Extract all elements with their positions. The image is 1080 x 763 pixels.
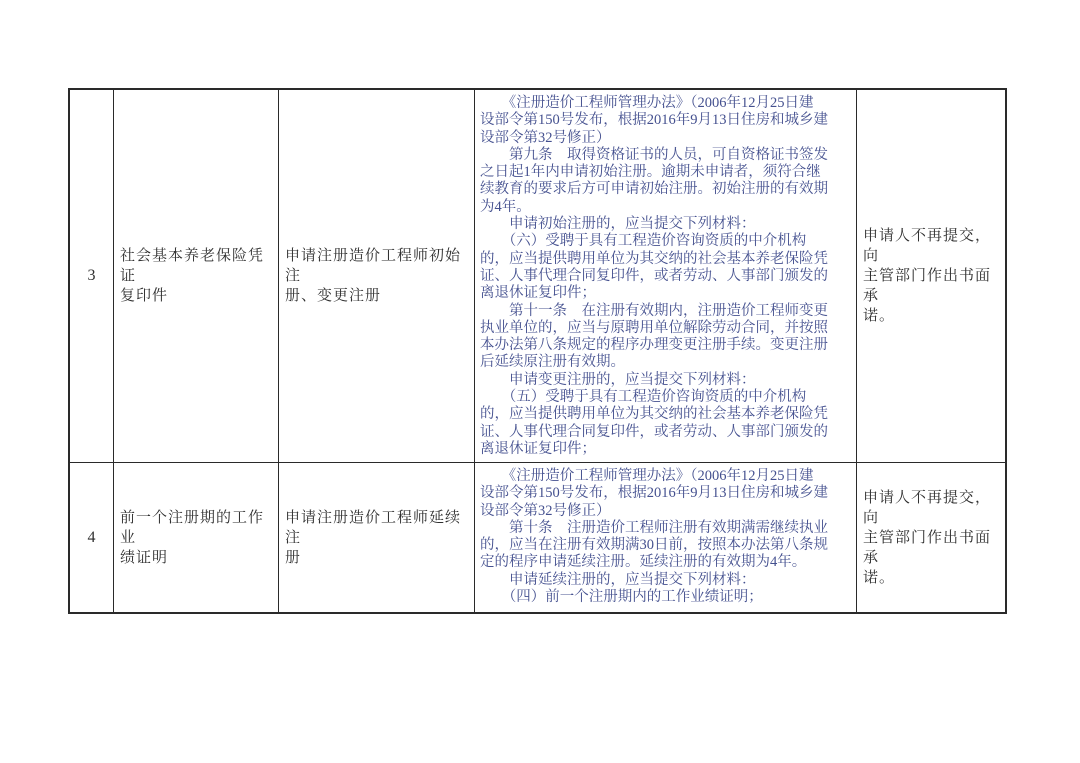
material-name: 前一个注册期的工作业 绩证明	[120, 508, 272, 568]
requirements-table: 3 社会基本养老保险凭证 复印件 申请注册造价工程师初始注 册、变更注册 《注册…	[68, 88, 1007, 614]
application-item: 申请注册造价工程师初始注 册、变更注册	[285, 246, 468, 306]
row-number: 3	[88, 267, 96, 285]
row-number-cell: 4	[70, 463, 114, 612]
commitment-text: 申请人不再提交，向 主管部门作出书面承 诺。	[863, 488, 999, 588]
application-item-cell: 申请注册造价工程师初始注 册、变更注册	[279, 90, 475, 463]
commitment-cell: 申请人不再提交，向 主管部门作出书面承 诺。	[857, 90, 1005, 463]
material-name: 社会基本养老保险凭证 复印件	[120, 246, 272, 306]
legal-basis-text: 《注册造价工程师管理办法》（2006年12月25日建 设部令第150号发布，根据…	[480, 468, 828, 605]
application-item: 申请注册造价工程师延续注 册	[285, 508, 468, 568]
legal-basis-cell: 《注册造价工程师管理办法》（2006年12月25日建 设部令第150号发布，根据…	[475, 90, 857, 463]
commitment-cell: 申请人不再提交，向 主管部门作出书面承 诺。	[857, 463, 1005, 612]
commitment-text: 申请人不再提交，向 主管部门作出书面承 诺。	[863, 226, 999, 326]
legal-basis-text: 《注册造价工程师管理办法》（2006年12月25日建 设部令第150号发布，根据…	[480, 95, 828, 457]
material-name-cell: 社会基本养老保险凭证 复印件	[114, 90, 279, 463]
application-item-cell: 申请注册造价工程师延续注 册	[279, 463, 475, 612]
material-name-cell: 前一个注册期的工作业 绩证明	[114, 463, 279, 612]
legal-basis-cell: 《注册造价工程师管理办法》（2006年12月25日建 设部令第150号发布，根据…	[475, 463, 857, 612]
row-number-cell: 3	[70, 90, 114, 463]
row-number: 4	[88, 529, 96, 547]
